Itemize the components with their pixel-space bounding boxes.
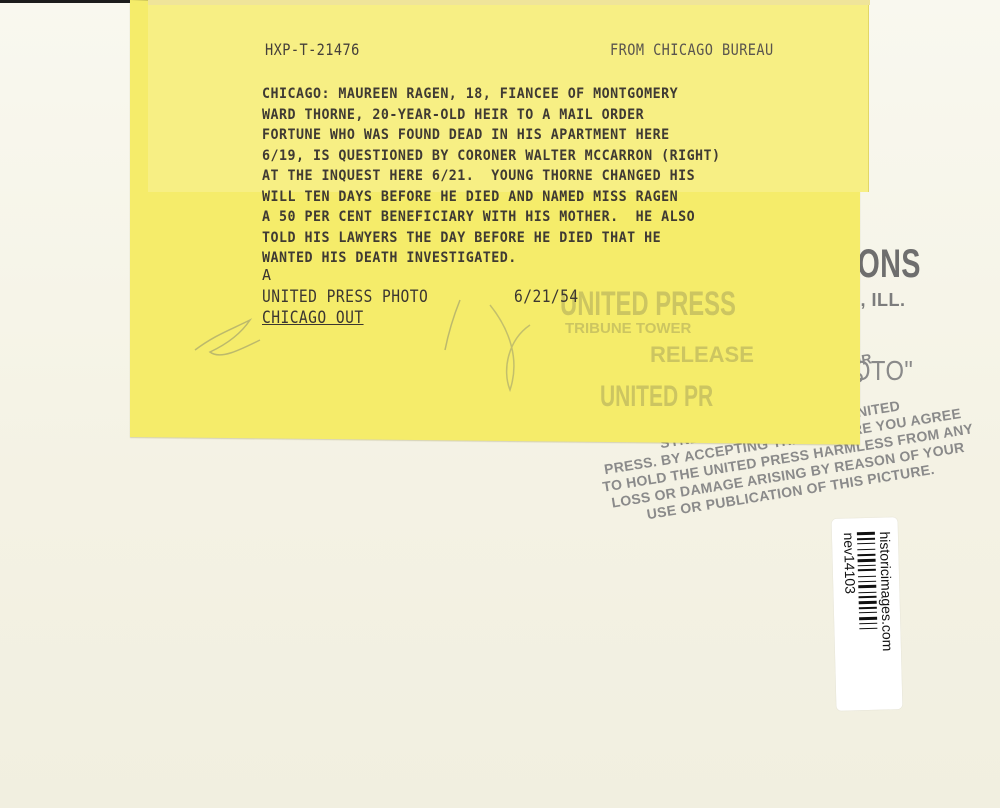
caption-line: 6/19, IS QUESTIONED BY CORONER WALTER MC…: [262, 146, 721, 167]
caption-marker: A: [262, 266, 272, 284]
barcode-icon: [857, 532, 879, 682]
caption-line: CHICAGO: MAUREEN RAGEN, 18, FIANCEE OF M…: [262, 84, 721, 105]
caption-line: A 50 PER CENT BENEFICIARY WITH HIS MOTHE…: [262, 207, 721, 228]
bureau-source: FROM CHICAGO BUREAU: [610, 40, 774, 59]
caption-line: WILL TEN DAYS BEFORE HE DIED AND NAMED M…: [262, 187, 721, 208]
slip-top-edge: [148, 0, 870, 5]
caption-line: TOLD HIS LAWYERS THE DAY BEFORE HE DIED …: [262, 228, 721, 249]
department-line: CHICAGO OUT: [262, 308, 364, 328]
photo-date: 6/21/54: [514, 287, 579, 307]
barcode-id: nev14103: [841, 532, 859, 594]
caption-body: CHICAGO: MAUREEN RAGEN, 18, FIANCEE OF M…: [262, 84, 721, 269]
caption-line: WARD THORNE, 20-YEAR-OLD HEIR TO A MAIL …: [262, 105, 721, 126]
barcode-sticker: historicimages.com nev14103: [831, 517, 902, 711]
photo-credit: UNITED PRESS PHOTO: [262, 287, 428, 307]
caption-line: WANTED HIS DEATH INVESTIGATED.: [262, 248, 721, 269]
ghost-stamp-text: RELEASE: [650, 342, 754, 368]
caption-line: AT THE INQUEST HERE 6/21. YOUNG THORNE C…: [262, 166, 721, 187]
reference-number: HXP-T-21476: [265, 40, 360, 59]
scan-edge: [0, 0, 150, 3]
caption-line: FORTUNE WHO WAS FOUND DEAD IN HIS APARTM…: [262, 125, 721, 146]
pencil-signature-icon: [190, 290, 610, 410]
barcode-site: historicimages.com: [877, 531, 896, 651]
ghost-stamp-text: UNITED PR: [600, 380, 713, 414]
